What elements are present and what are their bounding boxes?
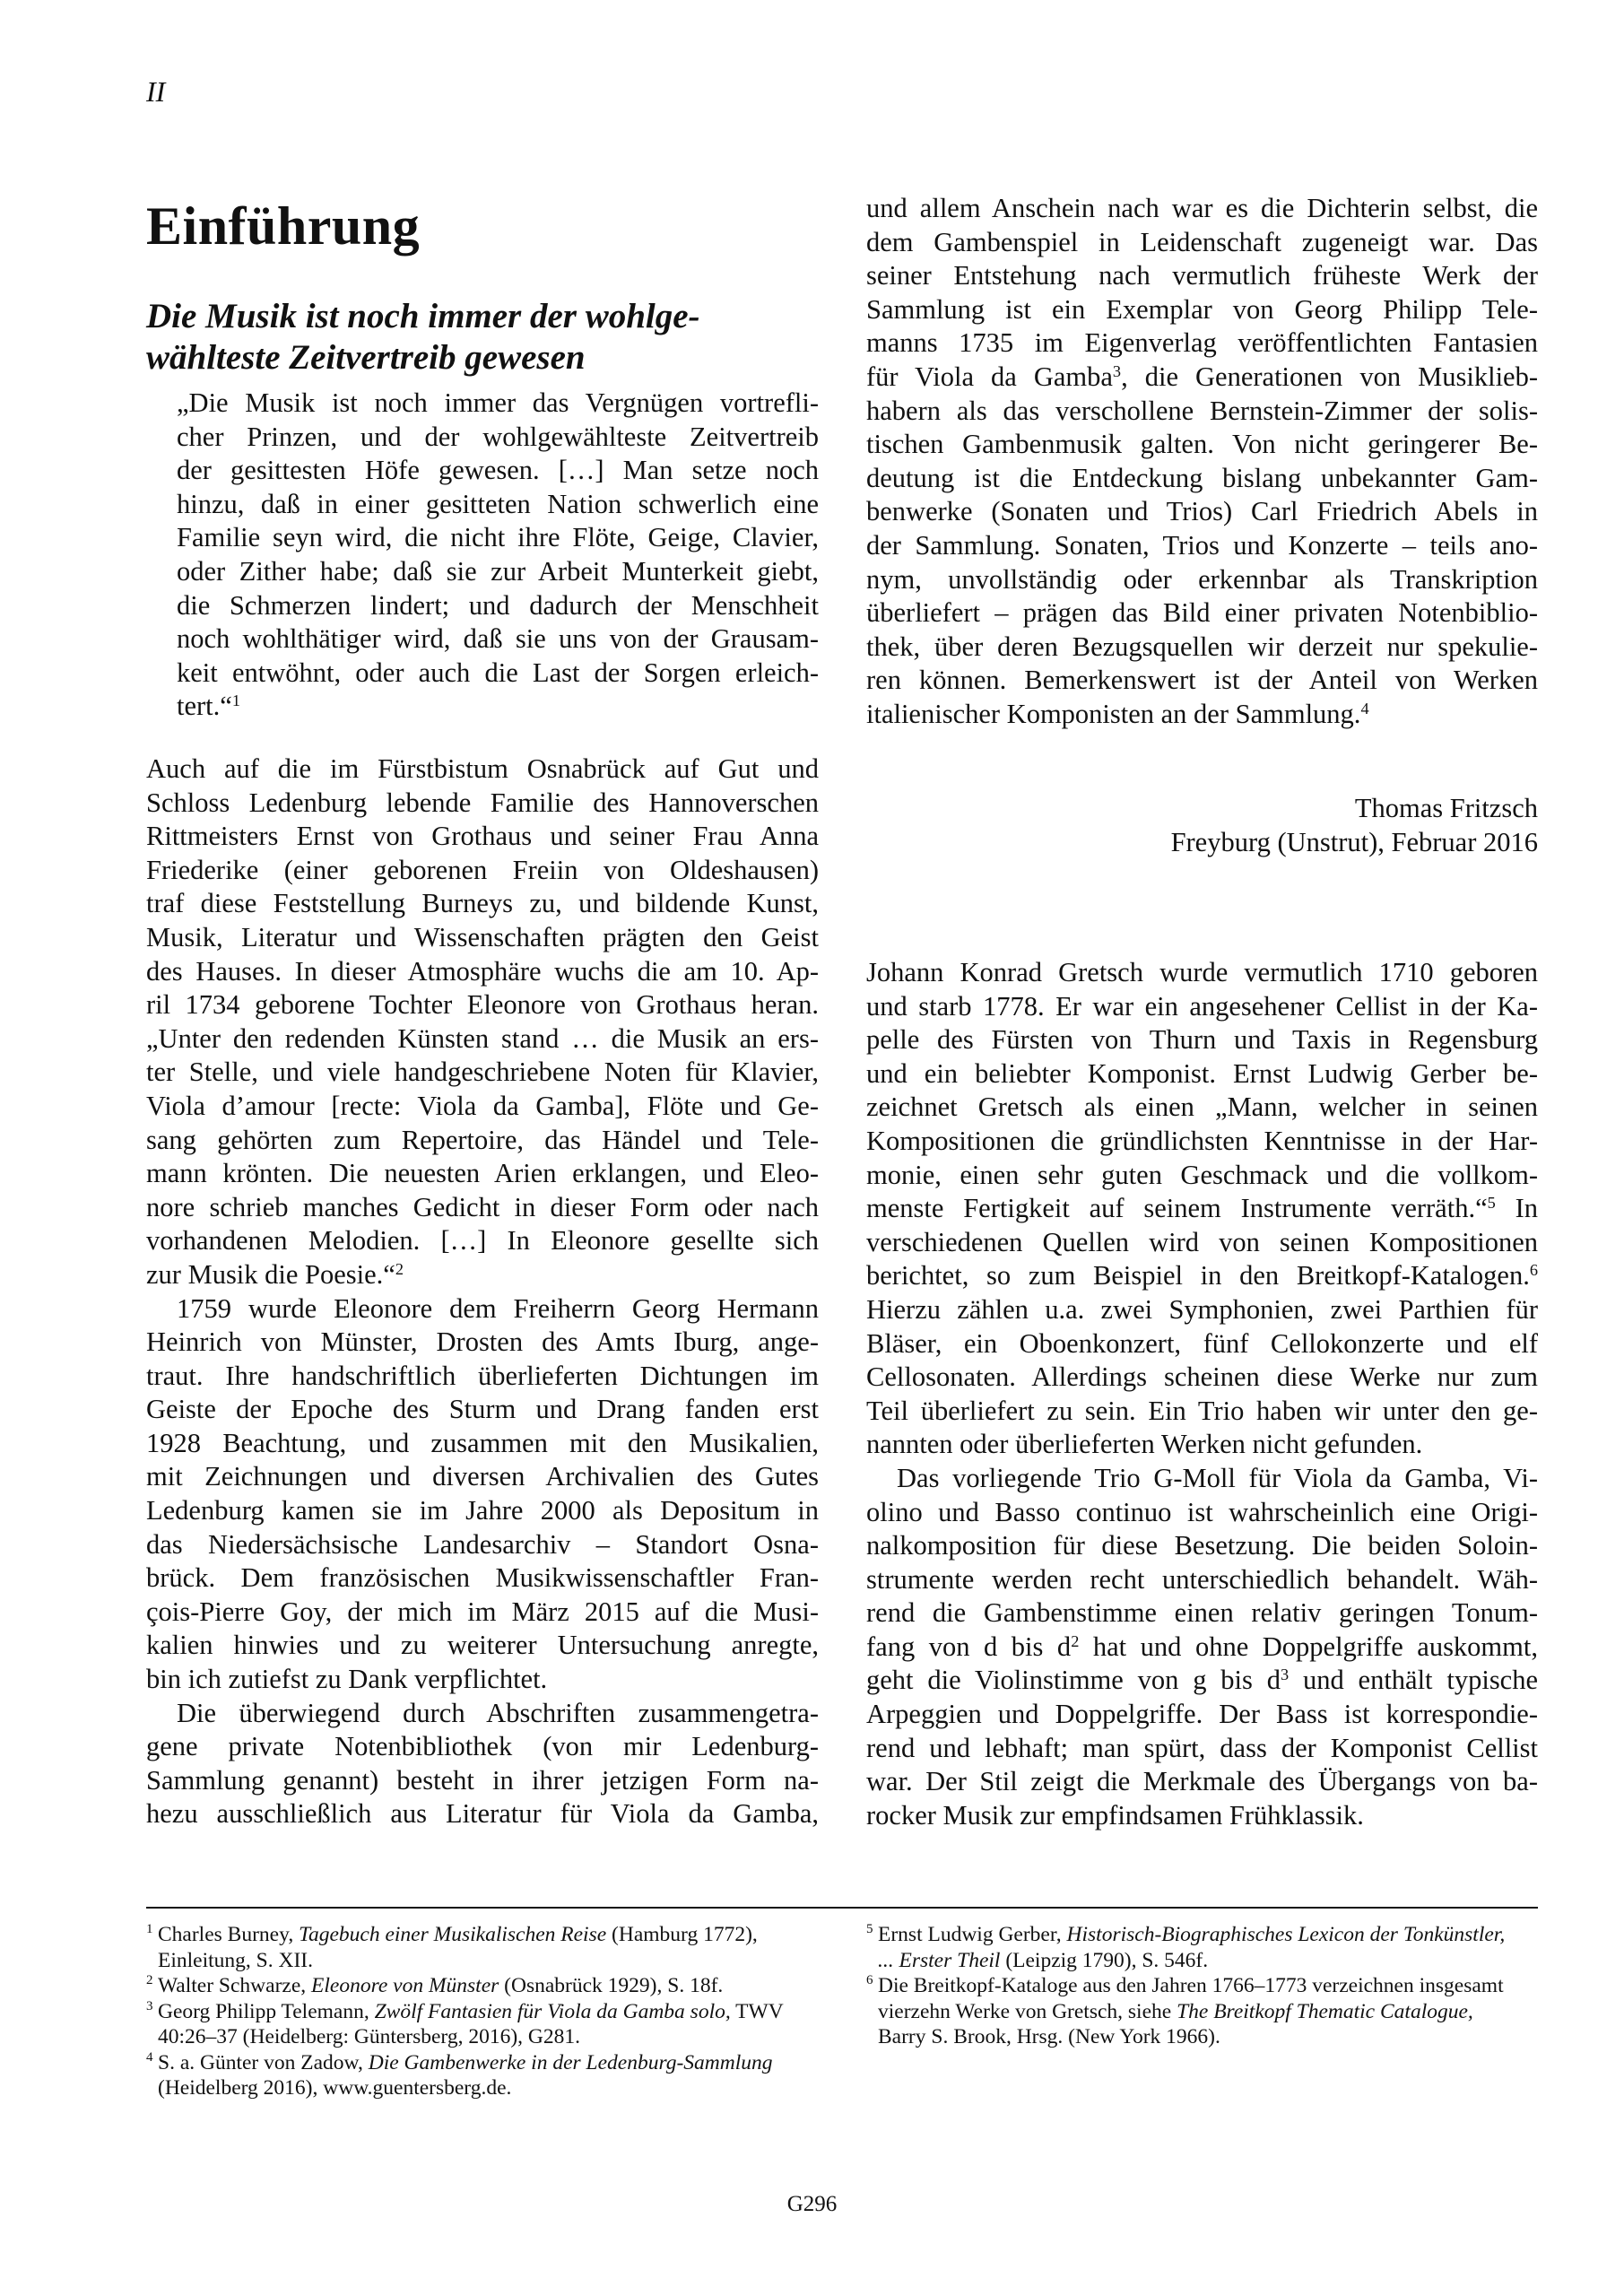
paragraph-eleonore: 1759 wurde Eleonore dem Freiherrn Georg … bbox=[146, 1292, 819, 1697]
paragraph-sammlung: und allem Anschein nach war es die Dicht… bbox=[866, 192, 1538, 732]
text-line: habern als das verschollene Bernstein-Zi… bbox=[866, 395, 1538, 429]
text-line: nalkomposition für diese Besetzung. Die … bbox=[866, 1529, 1538, 1563]
text: und enthält typische bbox=[1289, 1665, 1538, 1695]
text-line: nore schrieb manches Gedicht in dieser F… bbox=[146, 1191, 819, 1225]
text-line: des Hauses. In dieser Atmosphäre wuchs d… bbox=[146, 955, 819, 989]
footnote-ref-6[interactable]: 6 bbox=[1530, 1261, 1538, 1279]
text-line: und allem Anschein nach war es die Dicht… bbox=[866, 192, 1538, 226]
text-line: bin ich zutiefst zu Dank verpflichtet. bbox=[146, 1663, 819, 1697]
paragraph-grothaus: Auch auf die im Fürstbistum Osnabrück au… bbox=[146, 752, 819, 1292]
text: zur Musik die Poesie.“ bbox=[146, 1259, 395, 1290]
text-line: manns 1735 im Eigenverlag veröffentlicht… bbox=[866, 326, 1538, 361]
footnote-3: 3Georg Philipp Telemann, Zwölf Fantasien… bbox=[146, 1999, 792, 2050]
text-line: mit Zeichnungen und diversen Archivalien… bbox=[146, 1460, 819, 1494]
text-line: traut. Ihre handschriftlich überlieferte… bbox=[146, 1360, 819, 1394]
text-line: zur Musik die Poesie.“2 bbox=[146, 1258, 819, 1292]
text-line: olino und Basso continuo ist wahrscheinl… bbox=[866, 1496, 1538, 1530]
superscript-octave: 2 bbox=[1071, 1632, 1079, 1650]
footnotes-left: 1Charles Burney, Tagebuch einer Musikali… bbox=[146, 1922, 792, 2101]
quote-line: keit entwöhnt, oder auch die Last der So… bbox=[177, 657, 819, 691]
text-line: überliefert – prägen das Bild einer priv… bbox=[866, 596, 1538, 631]
text-line: zeichnet Gretsch als einen „Mann, welche… bbox=[866, 1091, 1538, 1125]
text: menste Fertigkeit auf seinem Instrumente… bbox=[866, 1193, 1488, 1223]
text: italienischer Komponisten an der Sammlun… bbox=[866, 699, 1360, 729]
text-line: Arpeggien und Doppelgriffe. Der Bass ist… bbox=[866, 1698, 1538, 1732]
text-line: und starb 1778. Er war ein angesehener C… bbox=[866, 990, 1538, 1024]
text-line: vorhandenen Melodien. […] In Eleonore ge… bbox=[146, 1224, 819, 1258]
text-line: rocker Musik zur empfindsamen Frühklassi… bbox=[866, 1799, 1538, 1833]
text-line: Bläser, ein Oboenkonzert, fünf Cellokonz… bbox=[866, 1327, 1538, 1361]
text-line: tischen Gambenmusik galten. Von nicht ge… bbox=[866, 428, 1538, 462]
quote-line: der gesittesten Höfe gewesen. […] Man se… bbox=[177, 454, 819, 488]
text-line: Das vorliegende Trio G-Moll für Viola da… bbox=[866, 1462, 1538, 1496]
document-page: II Einführung Die Musik ist noch immer d… bbox=[0, 0, 1624, 2296]
text-line: mann krönten. Die neuesten Arien erklang… bbox=[146, 1157, 819, 1191]
quote-line: hinzu, daß in einer gesitteten Nation sc… bbox=[177, 488, 819, 522]
text-line: sang gehörten zum Repertoire, das Händel… bbox=[146, 1124, 819, 1158]
quote-text: tert.“ bbox=[177, 691, 232, 721]
footnote-text: Ernst Ludwig Gerber, bbox=[878, 1923, 1067, 1946]
text-line: geht die Violinstimme von g bis d3 und e… bbox=[866, 1664, 1538, 1698]
text-line: Schloss Ledenburg lebende Familie des Ha… bbox=[146, 787, 819, 821]
text: geht die Violinstimme von g bis d bbox=[866, 1665, 1281, 1695]
footnote-text: Georg Philipp Telemann, bbox=[158, 2000, 375, 2023]
footnote-number: 5 bbox=[866, 1917, 873, 1943]
burney-quote: „Die Musik ist noch immer das Vergnügen … bbox=[146, 387, 819, 724]
text-line: Teil überliefert zu sein. Ein Trio haben… bbox=[866, 1395, 1538, 1429]
footnote-divider bbox=[146, 1907, 1538, 1909]
footnote-2: 2Walter Schwarze, Eleonore von Münster (… bbox=[146, 1973, 792, 1999]
text-line: thek, über deren Bezugsquellen wir derze… bbox=[866, 631, 1538, 665]
footnote-ref-4[interactable]: 4 bbox=[1360, 700, 1368, 717]
footnote-title: Zwölf Fantasien für Viola da Gamba solo, bbox=[375, 2000, 731, 2023]
right-column-gretsch: Johann Konrad Gretsch wurde vermutlich 1… bbox=[866, 956, 1538, 1832]
text-line: Friederike (einer geborenen Freiin von O… bbox=[146, 854, 819, 888]
signature-block: Thomas Fritzsch Freyburg (Unstrut), Febr… bbox=[866, 792, 1538, 859]
quote-line: noch wohlthätiger wird, daß sie uns von … bbox=[177, 622, 819, 657]
text-line: berichtet, so zum Beispiel in den Breitk… bbox=[866, 1259, 1538, 1293]
text-line: und ein beliebter Komponist. Ernst Ludwi… bbox=[866, 1057, 1538, 1091]
signature-author: Thomas Fritzsch bbox=[866, 792, 1538, 826]
text-line: „Unter den redenden Künsten stand … die … bbox=[146, 1022, 819, 1057]
footnote-number: 6 bbox=[866, 1968, 873, 1994]
text-line: ter Stelle, und viele handgeschriebene N… bbox=[146, 1056, 819, 1090]
footnote-number: 3 bbox=[146, 1994, 153, 2020]
page-number: G296 bbox=[0, 2192, 1624, 2217]
text-line: menste Fertigkeit auf seinem Instrumente… bbox=[866, 1192, 1538, 1226]
text-line: 1928 Beachtung, und zusammen mit den Mus… bbox=[146, 1427, 819, 1461]
footnote-ref-5[interactable]: 5 bbox=[1488, 1194, 1496, 1212]
text: , die Generationen von Musiklieb- bbox=[1121, 361, 1538, 392]
text-line: Musik, Literatur und Wissenschaften präg… bbox=[146, 921, 819, 955]
text-line: das Niedersächsische Landesarchiv – Stan… bbox=[146, 1528, 819, 1562]
text-line: benwerke (Sonaten und Trios) Carl Friedr… bbox=[866, 495, 1538, 529]
paragraph-gretsch: Johann Konrad Gretsch wurde vermutlich 1… bbox=[866, 956, 1538, 1462]
footnote-number: 2 bbox=[146, 1968, 153, 1994]
text-line: pelle des Fürsten von Thurn und Taxis in… bbox=[866, 1023, 1538, 1057]
quote-line: die Schmerzen lindert; und dadurch der M… bbox=[177, 589, 819, 623]
text: hat und ohne Doppelgriffe auskommt, bbox=[1079, 1631, 1538, 1662]
footnote-text: Barry S. Brook, Hrsg. (New York 1966). bbox=[878, 2025, 1220, 2048]
footnote-6: 6Die Breitkopf-Kataloge aus den Jahren 1… bbox=[866, 1973, 1512, 2050]
signature-place-date: Freyburg (Unstrut), Februar 2016 bbox=[866, 826, 1538, 860]
footnote-title: Tagebuch einer Musikalischen Reise bbox=[299, 1923, 606, 1946]
quote-line: oder Zither habe; daß sie zur Arbeit Mun… bbox=[177, 555, 819, 589]
text-line: ren können. Bemerkenswert ist der Anteil… bbox=[866, 664, 1538, 698]
text-line: gene private Notenbibliothek (von mir Le… bbox=[146, 1730, 819, 1764]
footnote-4: 4S. a. Günter von Zadow, Die Gambenwerke… bbox=[146, 2050, 792, 2101]
paragraph-trio: Das vorliegende Trio G-Moll für Viola da… bbox=[866, 1462, 1538, 1833]
right-column: und allem Anschein nach war es die Dicht… bbox=[866, 192, 1538, 732]
superscript-octave: 3 bbox=[1281, 1665, 1289, 1683]
section-subtitle: Die Musik ist noch immer der wohlge- wäh… bbox=[146, 296, 819, 378]
text-line: der Sammlung. Sonaten, Trios und Konzert… bbox=[866, 529, 1538, 563]
text-line: rend die Gambenstimme einen relativ geri… bbox=[866, 1596, 1538, 1631]
text-line: Sammlung genannt) besteht in ihrer jetzi… bbox=[146, 1764, 819, 1798]
text-line: Geiste der Epoche des Sturm und Drang fa… bbox=[146, 1393, 819, 1427]
text-line: Sammlung ist ein Exemplar von Georg Phil… bbox=[866, 293, 1538, 327]
text-line: Kompositionen die gründlichsten Kenntnis… bbox=[866, 1125, 1538, 1159]
text-line: nannten oder überlieferten Werken nicht … bbox=[866, 1428, 1538, 1462]
footnote-text: (Osnabrück 1929), S. 18f. bbox=[499, 1974, 723, 1997]
left-column: „Die Musik ist noch immer das Vergnügen … bbox=[146, 387, 819, 724]
footnote-title: Eleonore von Münster bbox=[311, 1974, 499, 1997]
text: fang von d bis d bbox=[866, 1631, 1071, 1662]
text-line: monie, einen sehr guten Geschmack und di… bbox=[866, 1159, 1538, 1193]
footnote-number: 1 bbox=[146, 1917, 153, 1943]
text-line: deutung ist die Entdeckung bislang unbek… bbox=[866, 462, 1538, 496]
text-line: kalien hinwies und zu weiterer Untersuch… bbox=[146, 1629, 819, 1663]
text-line: Hierzu zählen u.a. zwei Symphonien, zwei… bbox=[866, 1293, 1538, 1327]
text-line: Cellosonaten. Allerdings scheinen diese … bbox=[866, 1361, 1538, 1395]
subtitle-line: Die Musik ist noch immer der wohlge- bbox=[146, 296, 819, 337]
text-line: brück. Dem französischen Musikwissenscha… bbox=[146, 1561, 819, 1596]
page-title: Einführung bbox=[146, 199, 420, 253]
text-line: Die überwiegend durch Abschriften zusamm… bbox=[146, 1697, 819, 1731]
text-line: fang von d bis d2 hat und ohne Doppelgri… bbox=[866, 1631, 1538, 1665]
text: In bbox=[1496, 1193, 1538, 1223]
footnote-ref-1[interactable]: 1 bbox=[232, 691, 240, 709]
running-head-page-number: II bbox=[146, 75, 165, 109]
text-line: nym, unvollständig oder erkennbar als Tr… bbox=[866, 563, 1538, 597]
footnote-text: S. a. Günter von Zadow, bbox=[158, 2051, 369, 2074]
text-line: dem Gambenspiel in Leidenschaft zugeneig… bbox=[866, 226, 1538, 260]
text-line: italienischer Komponisten an der Sammlun… bbox=[866, 698, 1538, 732]
footnotes-right: 5Ernst Ludwig Gerber, Historisch-Biograp… bbox=[866, 1922, 1512, 2050]
footnote-text: Walter Schwarze, bbox=[158, 1974, 311, 1997]
footnote-text: (Leipzig 1790), S. 546f. bbox=[1000, 1949, 1208, 1972]
quote-line: cher Prinzen, und der wohlgewählteste Ze… bbox=[177, 421, 819, 455]
footnote-5: 5Ernst Ludwig Gerber, Historisch-Biograp… bbox=[866, 1922, 1512, 1973]
footnote-1: 1Charles Burney, Tagebuch einer Musikali… bbox=[146, 1922, 792, 1973]
quote-line: „Die Musik ist noch immer das Vergnügen … bbox=[177, 387, 819, 421]
quote-line: tert.“1 bbox=[177, 690, 819, 724]
text-line: Viola d’amour [recte: Viola da Gamba], F… bbox=[146, 1090, 819, 1124]
text: für Viola da Gamba bbox=[866, 361, 1113, 392]
text-line: çois-Pierre Goy, der mich im März 2015 a… bbox=[146, 1596, 819, 1630]
quote-line: Familie seyn wird, die nicht ihre Flöte,… bbox=[177, 521, 819, 555]
text-line: war. Der Stil zeigt die Merkmale des Übe… bbox=[866, 1765, 1538, 1799]
footnote-ref-2[interactable]: 2 bbox=[395, 1260, 404, 1278]
subtitle-line: wählteste Zeitvertreib gewesen bbox=[146, 337, 819, 378]
text-line: Auch auf die im Fürstbistum Osnabrück au… bbox=[146, 752, 819, 787]
footnote-text: (Heidelberg 2016), www.guentersberg.de. bbox=[158, 2076, 511, 2100]
text-line: ril 1734 geborene Tochter Eleonore von G… bbox=[146, 988, 819, 1022]
footnote-title: The Breitkopf Thematic Catalogue, bbox=[1177, 2000, 1473, 2023]
footnote-number: 4 bbox=[146, 2045, 153, 2071]
text-line: für Viola da Gamba3, die Generationen vo… bbox=[866, 361, 1538, 395]
left-column-body: Auch auf die im Fürstbistum Osnabrück au… bbox=[146, 752, 819, 1831]
text-line: 1759 wurde Eleonore dem Freiherrn Georg … bbox=[146, 1292, 819, 1326]
text-line: Ledenburg kamen sie im Jahre 2000 als De… bbox=[146, 1494, 819, 1528]
paragraph-notenbibliothek: Die überwiegend durch Abschriften zusamm… bbox=[146, 1697, 819, 1831]
text-line: strumente werden recht unterschiedlich b… bbox=[866, 1563, 1538, 1597]
text: berichtet, so zum Beispiel in den Breitk… bbox=[866, 1260, 1530, 1291]
text-line: hezu ausschließlich aus Literatur für Vi… bbox=[146, 1797, 819, 1831]
footnote-text: Charles Burney, bbox=[158, 1923, 299, 1946]
text-line: Rittmeisters Ernst von Grothaus und sein… bbox=[146, 820, 819, 854]
text-line: traf diese Feststellung Burneys zu, und … bbox=[146, 887, 819, 921]
text-line: verschiedenen Quellen wird von seinen Ko… bbox=[866, 1226, 1538, 1260]
text-line: Heinrich von Münster, Drosten des Amts I… bbox=[146, 1326, 819, 1360]
footnote-ref-3[interactable]: 3 bbox=[1113, 362, 1121, 380]
text-line: rend und lebhaft; man spürt, dass der Ko… bbox=[866, 1732, 1538, 1766]
text-line: seiner Entstehung nach vermutlich frühes… bbox=[866, 259, 1538, 293]
text-line: Johann Konrad Gretsch wurde vermutlich 1… bbox=[866, 956, 1538, 990]
footnote-title: Die Gambenwerke in der Ledenburg-Sammlun… bbox=[369, 2051, 773, 2074]
